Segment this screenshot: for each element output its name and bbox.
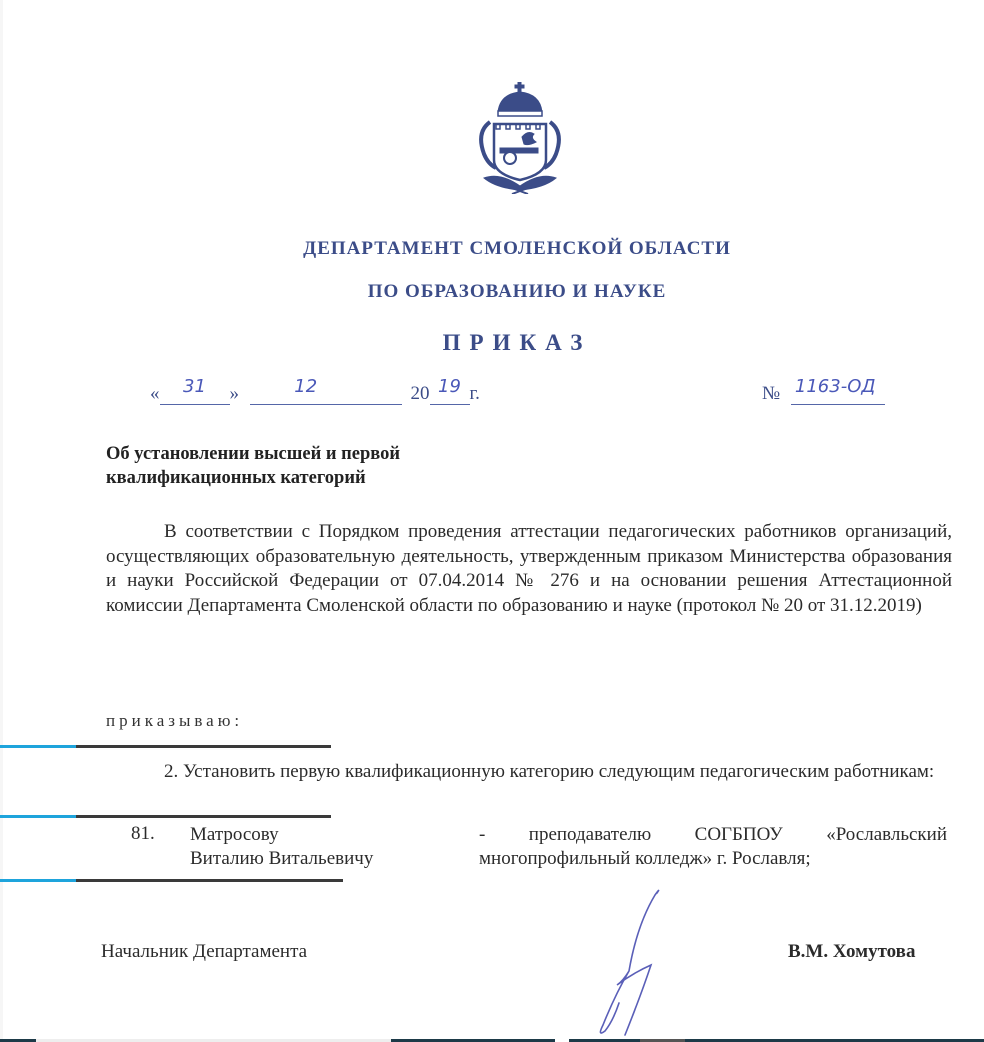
department-name-line1: ДЕПАРТАМЕНТ СМОЛЕНСКОЙ ОБЛАСТИ bbox=[0, 238, 984, 260]
preamble-paragraph: В соответствии с Порядком проведения атт… bbox=[106, 520, 952, 618]
order-word: приказываю: bbox=[106, 711, 243, 731]
number-field: 1163-ОД bbox=[791, 382, 885, 405]
date-month-field: 12 bbox=[250, 382, 402, 405]
number-value: 1163-ОД bbox=[795, 376, 925, 397]
date-year-suffix: 19 bbox=[430, 376, 470, 397]
order-number: № 1163-ОД bbox=[762, 382, 885, 405]
separator-rule bbox=[0, 745, 331, 748]
page-edge bbox=[0, 0, 3, 1042]
preamble-text: В соответствии с Порядком проведения атт… bbox=[106, 521, 952, 616]
date-open-quote: « bbox=[150, 383, 160, 405]
order-item-2-text: 2. Установить первую квалификационную ка… bbox=[164, 761, 934, 782]
coat-of-arms-icon bbox=[470, 82, 570, 194]
entry-number: 81. bbox=[131, 823, 155, 845]
entry-name-line1: Матросову bbox=[190, 823, 373, 847]
separator-rule bbox=[0, 815, 331, 818]
order-title-line1: Об установлении высшей и первой bbox=[106, 442, 400, 466]
number-label: № bbox=[762, 383, 780, 405]
signatory-name: В.М. Хомутова bbox=[788, 941, 915, 963]
date-year-prefix: 20 bbox=[411, 383, 430, 405]
department-name-line2: ПО ОБРАЗОВАНИЮ И НАУКЕ bbox=[0, 281, 984, 303]
entry-name-line2: Виталию Витальевичу bbox=[190, 847, 373, 871]
order-title-line2: квалификационных категорий bbox=[106, 466, 400, 490]
date-month: 12 bbox=[210, 376, 402, 397]
signatory-title: Начальник Департамента bbox=[101, 941, 307, 963]
entry-name: Матросову Виталию Витальевичу bbox=[190, 823, 373, 871]
date-year-unit: г. bbox=[470, 383, 480, 405]
entry-position: - преподавателю СОГБПОУ «Рославльский мн… bbox=[479, 823, 947, 871]
date-year-field: 19 bbox=[430, 382, 470, 405]
order-title: Об установлении высшей и первой квалифик… bbox=[106, 442, 400, 490]
order-item-2: 2. Установить первую квалификационную ка… bbox=[106, 760, 952, 784]
separator-rule bbox=[0, 879, 343, 882]
order-date: «31» 12 2019г. bbox=[150, 382, 480, 405]
document-type: ПРИКАЗ bbox=[0, 330, 984, 356]
handwritten-signature-icon bbox=[585, 885, 665, 1037]
